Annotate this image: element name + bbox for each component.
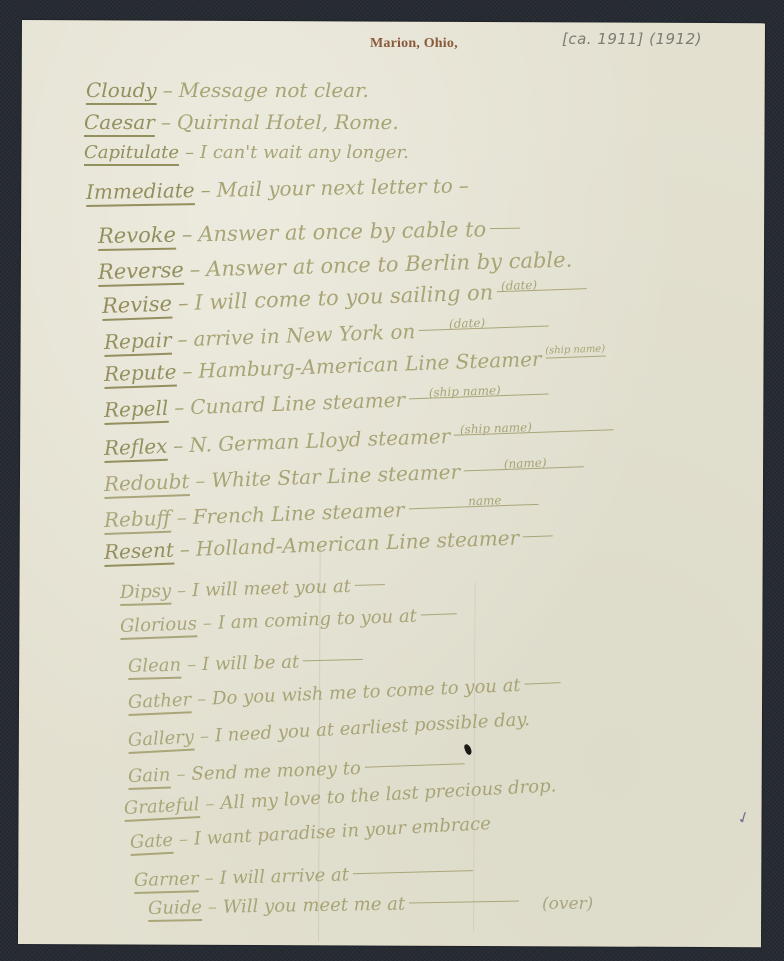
code-meaning: Do you wish me to come to you at bbox=[212, 675, 521, 709]
code-word: Revise bbox=[102, 292, 173, 318]
code-word: Capitulate bbox=[84, 142, 179, 163]
code-entry: Gather–Do you wish me to come to you at bbox=[128, 673, 561, 713]
code-entry: Immediate–Mail your next letter to– bbox=[86, 173, 475, 204]
code-word: Rebuff bbox=[104, 506, 172, 532]
code-entry: Revoke–Answer at once by cable to bbox=[98, 217, 521, 248]
date-placeholder-note: (date) bbox=[501, 278, 538, 293]
code-entry: Glean–I will be at bbox=[128, 650, 364, 677]
code-meaning: Message not clear. bbox=[179, 78, 369, 102]
code-entry: Glorious–I am coming to you at bbox=[120, 604, 458, 637]
code-word: Gallery bbox=[127, 727, 194, 751]
code-word: Grateful bbox=[123, 794, 200, 819]
code-meaning: Send me money to bbox=[191, 758, 361, 785]
code-word: Guide bbox=[148, 897, 202, 919]
code-meaning: Answer at once to Berlin by cable. bbox=[206, 248, 573, 282]
code-word: Repell bbox=[104, 396, 169, 422]
ship-name-placeholder-note: (ship name) bbox=[460, 420, 532, 437]
code-meaning: Holland-American Line steamer bbox=[195, 526, 519, 561]
code-meaning: I can't wait any longer. bbox=[200, 142, 409, 163]
code-word: Garner bbox=[134, 868, 199, 891]
code-meaning: Will you meet me at bbox=[223, 894, 406, 918]
code-word: Glean bbox=[128, 655, 182, 677]
code-entry: Caesar–Quirinal Hotel, Rome. bbox=[84, 110, 399, 134]
code-word-list: Cloudy–Message not clear. Caesar–Quirina… bbox=[0, 0, 784, 961]
code-word: Glorious bbox=[120, 613, 198, 637]
code-word: Immediate bbox=[86, 178, 195, 204]
code-word: Repute bbox=[104, 359, 177, 386]
ship-name-placeholder-note: (ship name) bbox=[545, 343, 605, 356]
code-word: Repair bbox=[104, 328, 172, 354]
code-entry: Repell–Cunard Line steamer(ship name) bbox=[104, 382, 550, 422]
code-meaning: Cunard Line steamer bbox=[190, 387, 406, 418]
code-meaning: Answer at once by cable to bbox=[198, 217, 486, 246]
code-word: Caesar bbox=[84, 110, 155, 134]
code-entry: Guide–Will you meet me at bbox=[148, 892, 519, 919]
code-meaning: I will come to you sailing on bbox=[194, 280, 494, 314]
code-entry: Gallery–I need you at earliest possible … bbox=[127, 709, 530, 751]
code-meaning: Quirinal Hotel, Rome. bbox=[177, 110, 399, 134]
ship-name-placeholder-note: (name) bbox=[504, 456, 547, 471]
code-word: Redoubt bbox=[104, 469, 190, 496]
code-word: Resent bbox=[104, 538, 175, 564]
code-word: Revoke bbox=[98, 223, 176, 248]
code-meaning: French Line steamer bbox=[192, 498, 404, 529]
code-word: Dipsy bbox=[120, 581, 172, 603]
code-entry: Resent–Holland-American Line steamer bbox=[104, 524, 554, 564]
code-meaning: N. German Lloyd steamer bbox=[189, 424, 451, 457]
code-meaning: I will be at bbox=[202, 652, 300, 676]
code-meaning: I want paradise in your embrace bbox=[193, 813, 491, 850]
code-meaning: I will meet you at bbox=[192, 576, 351, 601]
page-turn-note: (over) bbox=[542, 894, 593, 914]
code-meaning: arrive in New York on bbox=[193, 319, 416, 351]
code-entry: Cloudy–Message not clear. bbox=[86, 78, 369, 102]
code-entry: Garner–I will arrive at bbox=[134, 861, 473, 891]
code-word: Cloudy bbox=[86, 78, 157, 102]
code-meaning: White Star Line steamer bbox=[211, 460, 461, 493]
code-entry: Gate–I want paradise in your embrace bbox=[129, 813, 491, 853]
code-word: Reverse bbox=[98, 258, 184, 284]
ship-name-placeholder-note: (ship name) bbox=[429, 383, 501, 400]
code-entry: Reflex–N. German Lloyd steamer(ship name… bbox=[104, 418, 615, 460]
code-word: Gain bbox=[128, 765, 171, 787]
code-entry: Redoubt–White Star Line steamer(name) bbox=[104, 455, 585, 496]
code-word: Gate bbox=[129, 830, 173, 853]
code-entry: Dipsy–I will meet you at bbox=[120, 575, 385, 603]
code-word: Gather bbox=[128, 689, 192, 713]
code-meaning: I will arrive at bbox=[219, 864, 349, 888]
code-meaning: Mail your next letter to bbox=[216, 174, 453, 202]
code-entry: Capitulate–I can't wait any longer. bbox=[84, 142, 409, 163]
code-entry: Revise–I will come to you sailing on(dat… bbox=[102, 277, 588, 318]
code-meaning: Hamburg-American Line Steamer bbox=[198, 347, 542, 383]
code-meaning: I am coming to you at bbox=[218, 606, 418, 634]
code-word: Reflex bbox=[104, 434, 168, 460]
code-meaning: I need you at earliest possible day. bbox=[214, 709, 530, 746]
date-placeholder-note: (date) bbox=[449, 316, 486, 331]
ship-name-placeholder-note: name bbox=[468, 493, 502, 508]
